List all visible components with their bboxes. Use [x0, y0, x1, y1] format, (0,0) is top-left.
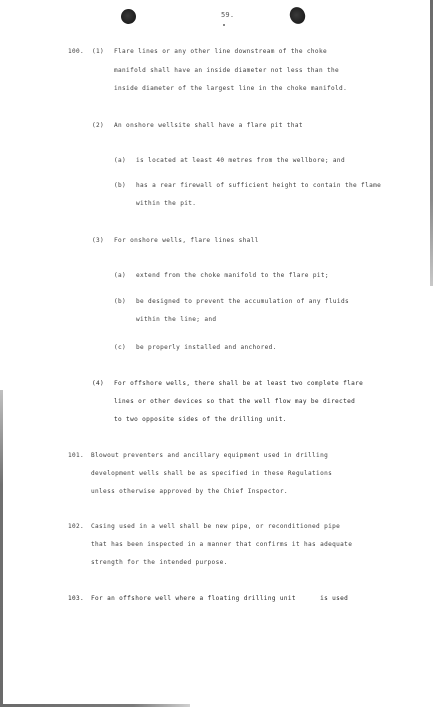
text-line: manifold shall have an inside diameter n…	[114, 67, 339, 75]
text-line: be designed to prevent the accumulation …	[136, 298, 349, 306]
subsection-label-100-1: (1)	[92, 48, 104, 56]
text-line: unless otherwise approved by the Chief I…	[91, 488, 288, 496]
text-line: within the pit.	[136, 200, 196, 208]
subsection-label-100-4: (4)	[92, 380, 104, 388]
section-number-100: 100.	[68, 48, 84, 56]
item-label-100-2-b: (b)	[114, 182, 126, 190]
punch-hole-left	[121, 9, 136, 24]
text-line: be properly installed and anchored.	[136, 344, 277, 352]
text-line: within the line; and	[136, 316, 216, 324]
section-number-103: 103.	[68, 595, 84, 603]
text-line: For onshore wells, flare lines shall	[114, 237, 259, 245]
text-line: Casing used in a well shall be new pipe,…	[91, 523, 340, 531]
scanned-page: 59. 100. (1) Flare lines or any other li…	[0, 0, 433, 707]
subsection-label-100-3: (3)	[92, 237, 104, 245]
text-line: has a rear firewall of sufficient height…	[136, 182, 381, 190]
text-line: to two opposite sides of the drilling un…	[114, 416, 287, 424]
item-label-100-3-b: (b)	[114, 298, 126, 306]
scan-speck	[223, 24, 225, 26]
text-line: development wells shall be as specified …	[91, 470, 332, 478]
section-number-101: 101.	[68, 452, 84, 460]
section-number-102: 102.	[68, 523, 84, 531]
item-label-100-3-c: (c)	[114, 344, 126, 352]
text-line: that has been inspected in a manner that…	[91, 541, 352, 549]
subsection-label-100-2: (2)	[92, 122, 104, 130]
text-line: lines or other devices so that the well …	[114, 398, 355, 406]
text-line: inside diameter of the largest line in t…	[114, 85, 347, 93]
text-line: is located at least 40 metres from the w…	[136, 157, 345, 165]
item-label-100-3-a: (a)	[114, 272, 126, 280]
punch-hole-right	[287, 5, 308, 27]
text-line: strength for the intended purpose.	[91, 559, 228, 567]
page-edge-shadow-left	[0, 390, 3, 707]
text-line: Flare lines or any other line downstream…	[114, 48, 327, 56]
text-line: Blowout preventers and ancillary equipme…	[91, 452, 328, 460]
text-line: An onshore wellsite shall have a flare p…	[114, 122, 303, 130]
text-line: For an offshore well where a floating dr…	[91, 595, 348, 603]
text-line: extend from the choke manifold to the fl…	[136, 272, 329, 280]
item-label-100-2-a: (a)	[114, 157, 126, 165]
page-number: 59.	[221, 11, 234, 19]
text-line: For offshore wells, there shall be at le…	[114, 380, 363, 388]
